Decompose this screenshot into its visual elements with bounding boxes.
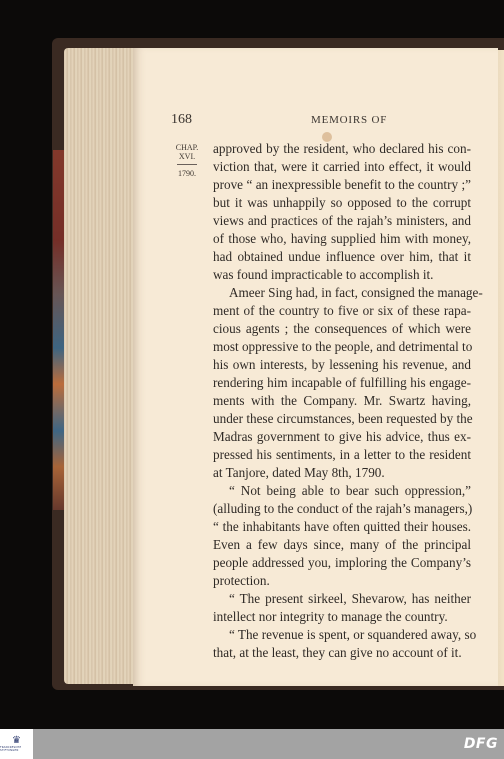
text-line: pressed his sentiments, in a letter to t…	[213, 446, 471, 464]
text-line: of those who, having supplied him with m…	[213, 230, 471, 248]
text-line: “ Not being able to bear such oppression…	[213, 482, 471, 500]
text-line: prove “ an inexpressible benefit to the …	[213, 176, 471, 194]
left-logo-text: FRANCKESCHE STIFTUNGEN	[0, 746, 33, 752]
text-line: people addressed you, imploring the Comp…	[213, 554, 471, 572]
text-line: Madras government to give his advice, th…	[213, 428, 471, 446]
text-line: Ameer Sing had, in fact, consigned the m…	[213, 284, 471, 302]
text-line: his own interests, by lessening his reve…	[213, 356, 471, 374]
text-line: ments with the Company. Mr. Swartz havin…	[213, 392, 471, 410]
text-line: most oppressive to the people, and detri…	[213, 338, 471, 356]
margin-chapter-number: XVI.	[171, 152, 203, 161]
text-line: cious agents ; the consequences of which…	[213, 320, 471, 338]
text-line: “ the inhabitants have often quitted the…	[213, 518, 471, 536]
margin-note: CHAP. XVI. 1790.	[171, 143, 203, 178]
book-page: 168 MEMOIRS OF CHAP. XVI. 1790. approved…	[133, 48, 498, 686]
running-head: MEMOIRS OF	[311, 114, 387, 126]
margin-year: 1790.	[171, 169, 203, 178]
text-line: viction that, were it carried into effec…	[213, 158, 471, 176]
dfg-logo[interactable]: DFG	[464, 736, 498, 752]
text-line: intellect nor integrity to manage the co…	[213, 608, 471, 626]
text-line: under these circumstances, been requeste…	[213, 410, 471, 428]
text-line: ment of the country to five or six of th…	[213, 302, 471, 320]
page-fore-edge	[64, 48, 134, 684]
text-line: at Tanjore, dated May 8th, 1790.	[213, 464, 471, 482]
text-line: rendering him incapable of fulfilling hi…	[213, 374, 471, 392]
text-line: views and practices of the rajah’s minis…	[213, 212, 471, 230]
margin-rule	[177, 164, 197, 165]
text-line: that, at the least, they can give no acc…	[213, 644, 471, 662]
text-line: (alluding to the conduct of the rajah’s …	[213, 500, 471, 518]
text-line: “ The revenue is spent, or squandered aw…	[213, 626, 471, 644]
library-building-icon: ♛	[12, 736, 21, 746]
margin-chapter: CHAP.	[171, 143, 203, 152]
body-text: approved by the resident, who declared h…	[213, 140, 471, 662]
viewer-footer: ♛ FRANCKESCHE STIFTUNGEN DFG	[0, 729, 504, 759]
text-line: Even a few days since, many of the princ…	[213, 536, 471, 554]
text-line: “ The present sirkeel, Shevarow, has nei…	[213, 590, 471, 608]
text-line: had obtained undue influence over him, t…	[213, 248, 471, 266]
franckesche-stiftungen-logo[interactable]: ♛ FRANCKESCHE STIFTUNGEN	[0, 729, 33, 759]
text-line: but it was unhappily so opposed to the c…	[213, 194, 471, 212]
page-header: 168 MEMOIRS OF	[133, 112, 498, 128]
text-line: approved by the resident, who declared h…	[213, 140, 471, 158]
text-line: was found impracticable to accomplish it…	[213, 266, 471, 284]
page-number: 168	[171, 112, 192, 128]
text-line: protection.	[213, 572, 471, 590]
